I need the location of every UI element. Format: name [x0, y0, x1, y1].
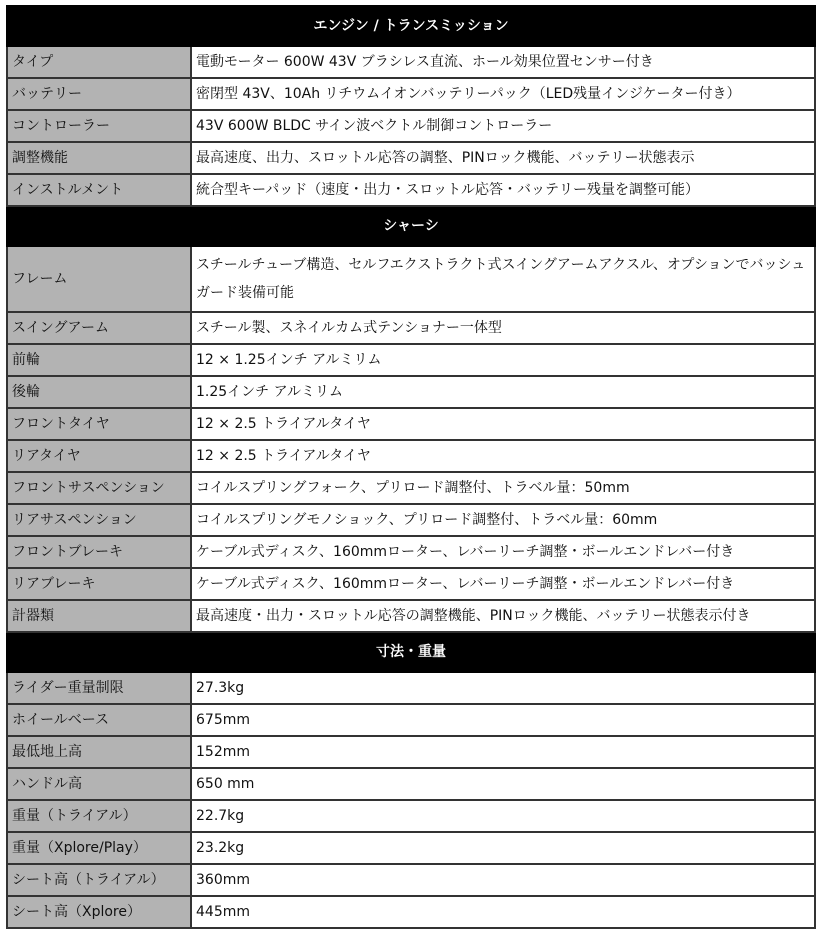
table-row: 計器類最高速度・出力・スロットル応答の調整機能、PINロック機能、バッテリー状態… — [7, 600, 815, 632]
spec-table: エンジン / トランスミッション タイプ電動モーター 600W 43V ブラシレ… — [6, 5, 816, 929]
spec-value: 1.25インチ アルミリム — [191, 376, 815, 408]
table-row: シート高（トライアル）360mm — [7, 864, 815, 896]
table-row: タイプ電動モーター 600W 43V ブラシレス直流、ホール効果位置センサー付き — [7, 46, 815, 78]
table-row: ホイールベース675mm — [7, 704, 815, 736]
spec-value: 360mm — [191, 864, 815, 896]
table-row: フレームスチールチューブ構造、セルフエクストラクト式スイングアームアクスル、オプ… — [7, 246, 815, 312]
spec-label: コントローラー — [7, 110, 191, 142]
spec-label: 前輪 — [7, 344, 191, 376]
spec-label: シート高（トライアル） — [7, 864, 191, 896]
table-row: フロントサスペンションコイルスプリングフォーク、プリロード調整付、トラベル量：5… — [7, 472, 815, 504]
spec-value: 12 × 2.5 トライアルタイヤ — [191, 408, 815, 440]
spec-label: スイングアーム — [7, 312, 191, 344]
spec-value: 445mm — [191, 896, 815, 928]
table-row: リアタイヤ12 × 2.5 トライアルタイヤ — [7, 440, 815, 472]
table-row: 後輪1.25インチ アルミリム — [7, 376, 815, 408]
spec-label: リアブレーキ — [7, 568, 191, 600]
spec-value: 12 × 2.5 トライアルタイヤ — [191, 440, 815, 472]
table-row: コントローラー43V 600W BLDC サイン波ベクトル制御コントローラー — [7, 110, 815, 142]
spec-value: 650 mm — [191, 768, 815, 800]
table-row: 重量（トライアル）22.7kg — [7, 800, 815, 832]
spec-value: 22.7kg — [191, 800, 815, 832]
spec-value: コイルスプリングモノショック、プリロード調整付、トラベル量：60mm — [191, 504, 815, 536]
spec-value: 最高速度、出力、スロットル応答の調整、PINロック機能、バッテリー状態表示 — [191, 142, 815, 174]
section-title: エンジン / トランスミッション — [7, 6, 815, 46]
spec-value: 12 × 1.25インチ アルミリム — [191, 344, 815, 376]
spec-value: ケーブル式ディスク、160mmローター、レバーリーチ調整・ボールエンドレバー付き — [191, 536, 815, 568]
section-header-chassis: シャーシ — [7, 206, 815, 246]
spec-value: 43V 600W BLDC サイン波ベクトル制御コントローラー — [191, 110, 815, 142]
table-row: 重量（Xplore/Play）23.2kg — [7, 832, 815, 864]
spec-value: コイルスプリングフォーク、プリロード調整付、トラベル量：50mm — [191, 472, 815, 504]
table-row: スイングアームスチール製、スネイルカム式テンショナー一体型 — [7, 312, 815, 344]
spec-value: 電動モーター 600W 43V ブラシレス直流、ホール効果位置センサー付き — [191, 46, 815, 78]
table-row: リアサスペンションコイルスプリングモノショック、プリロード調整付、トラベル量：6… — [7, 504, 815, 536]
spec-value: 統合型キーパッド（速度・出力・スロットル応答・バッテリー残量を調整可能） — [191, 174, 815, 206]
section-title: シャーシ — [7, 206, 815, 246]
spec-value: ケーブル式ディスク、160mmローター、レバーリーチ調整・ボールエンドレバー付き — [191, 568, 815, 600]
table-row: ハンドル高650 mm — [7, 768, 815, 800]
spec-value: 675mm — [191, 704, 815, 736]
spec-label: フロントタイヤ — [7, 408, 191, 440]
spec-value: スチールチューブ構造、セルフエクストラクト式スイングアームアクスル、オプションで… — [191, 246, 815, 312]
spec-label: ホイールベース — [7, 704, 191, 736]
table-row: インストルメント統合型キーパッド（速度・出力・スロットル応答・バッテリー残量を調… — [7, 174, 815, 206]
spec-label: インストルメント — [7, 174, 191, 206]
section-header-dimensions: 寸法・重量 — [7, 632, 815, 672]
spec-value: 152mm — [191, 736, 815, 768]
spec-value: スチール製、スネイルカム式テンショナー一体型 — [191, 312, 815, 344]
spec-label: リアサスペンション — [7, 504, 191, 536]
spec-label: 後輪 — [7, 376, 191, 408]
table-row: ライダー重量制限27.3kg — [7, 672, 815, 704]
spec-label: フロントサスペンション — [7, 472, 191, 504]
table-row: 調整機能最高速度、出力、スロットル応答の調整、PINロック機能、バッテリー状態表… — [7, 142, 815, 174]
spec-value: 27.3kg — [191, 672, 815, 704]
spec-label: リアタイヤ — [7, 440, 191, 472]
spec-label: タイプ — [7, 46, 191, 78]
spec-label: ハンドル高 — [7, 768, 191, 800]
table-row: フロントタイヤ12 × 2.5 トライアルタイヤ — [7, 408, 815, 440]
section-title: 寸法・重量 — [7, 632, 815, 672]
spec-label: バッテリー — [7, 78, 191, 110]
spec-value: 密閉型 43V、10Ah リチウムイオンバッテリーパック（LED残量インジケータ… — [191, 78, 815, 110]
spec-label: フレーム — [7, 246, 191, 312]
table-row: 前輪12 × 1.25インチ アルミリム — [7, 344, 815, 376]
spec-label: シート高（Xplore） — [7, 896, 191, 928]
table-row: シート高（Xplore）445mm — [7, 896, 815, 928]
spec-label: フロントブレーキ — [7, 536, 191, 568]
spec-label: 重量（トライアル） — [7, 800, 191, 832]
section-header-engine: エンジン / トランスミッション — [7, 6, 815, 46]
table-row: リアブレーキケーブル式ディスク、160mmローター、レバーリーチ調整・ボールエン… — [7, 568, 815, 600]
table-row: フロントブレーキケーブル式ディスク、160mmローター、レバーリーチ調整・ボール… — [7, 536, 815, 568]
spec-label: 最低地上高 — [7, 736, 191, 768]
spec-label: 調整機能 — [7, 142, 191, 174]
spec-label: 計器類 — [7, 600, 191, 632]
spec-value: 23.2kg — [191, 832, 815, 864]
table-row: 最低地上高152mm — [7, 736, 815, 768]
table-row: バッテリー密閉型 43V、10Ah リチウムイオンバッテリーパック（LED残量イ… — [7, 78, 815, 110]
spec-value: 最高速度・出力・スロットル応答の調整機能、PINロック機能、バッテリー状態表示付… — [191, 600, 815, 632]
spec-label: 重量（Xplore/Play） — [7, 832, 191, 864]
spec-label: ライダー重量制限 — [7, 672, 191, 704]
